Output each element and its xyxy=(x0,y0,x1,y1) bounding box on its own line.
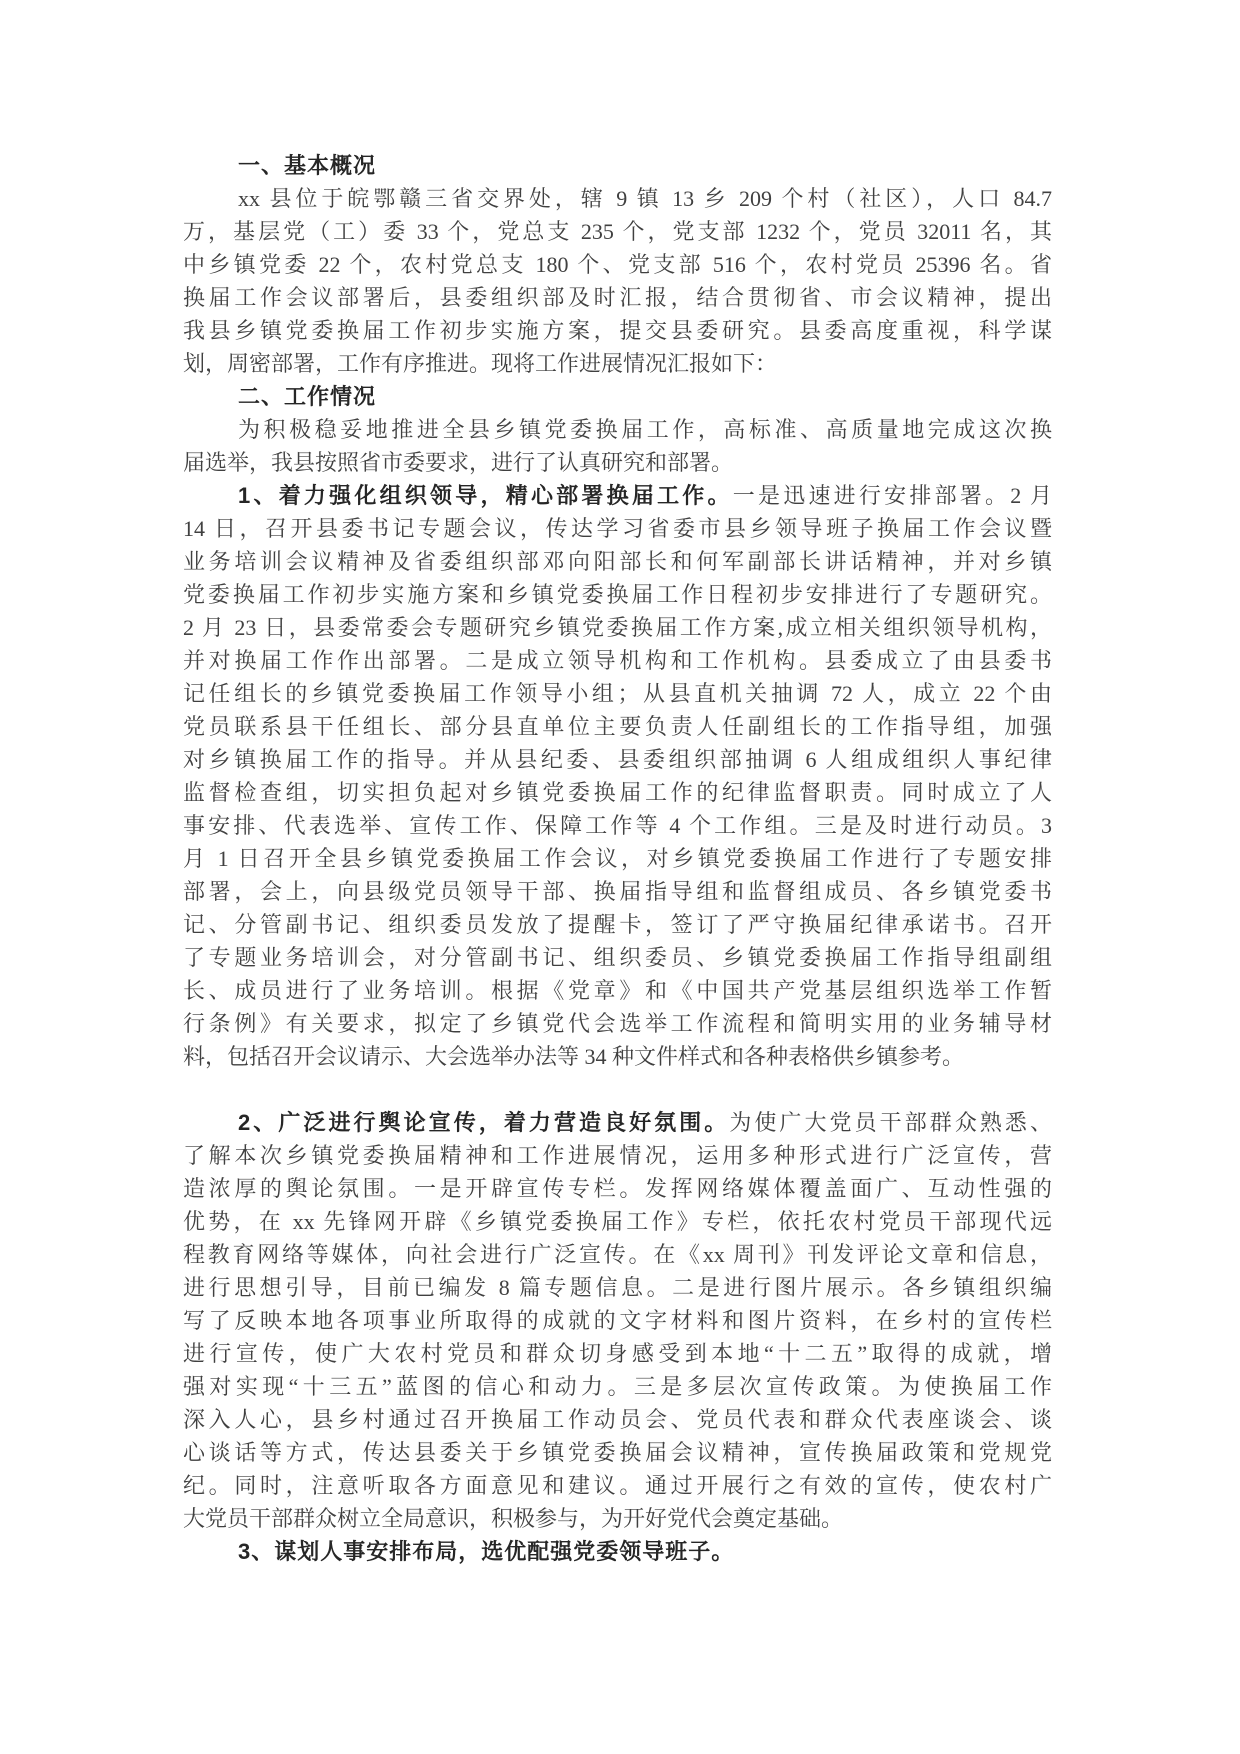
text-run: 长、成员进行了业务培训。根据《党章》和《中国共产党基层组织选举工作暂 xyxy=(183,978,1052,1003)
document-line: 强对实现“十三五”蓝图的信心和动力。三是多层次宣传政策。为使换届工作 xyxy=(183,1370,1052,1403)
document-line: 料，包括召开会议请示、大会选举办法等 34 种文件样式和各种表格供乡镇参考。 xyxy=(183,1040,1052,1073)
document-line: 心谈话等方式，传达县委关于乡镇党委换届会议精神，宣传换届政策和党规党 xyxy=(183,1436,1052,1469)
document-line: 大党员干部群众树立全局意识，积极参与，为开好党代会奠定基础。 xyxy=(183,1502,1052,1535)
document-line: 部署，会上，向县级党员领导干部、换届指导组和监督组成员、各乡镇党委书 xyxy=(183,875,1052,908)
text-run: 记、分管副书记、组织委员发放了提醒卡，签订了严守换届纪律承诺书。召开 xyxy=(183,912,1052,937)
document-line: xx 县位于皖鄂赣三省交界处，辖 9 镇 13 乡 209 个村（社区），人口 … xyxy=(183,182,1052,215)
section-heading: 一、基本概况 xyxy=(183,149,1052,182)
text-run: 中乡镇党委 22 个，农村党总支 180 个、党支部 516 个，农村党员 25… xyxy=(183,252,1052,277)
document-line: 我县乡镇党委换届工作初步实施方案，提交县委研究。县委高度重视，科学谋 xyxy=(183,314,1052,347)
document-line: 万，基层党（工）委 33 个，党总支 235 个，党支部 1232 个，党员 3… xyxy=(183,215,1052,248)
text-run: 料，包括召开会议请示、大会选举办法等 34 种文件样式和各种表格供乡镇参考。 xyxy=(183,1044,964,1069)
text-run: 万，基层党（工）委 33 个，党总支 235 个，党支部 1232 个，党员 3… xyxy=(183,219,1052,244)
document-line: 对乡镇换届工作的指导。并从县纪委、县委组织部抽调 6 人组成组织人事纪律 xyxy=(183,743,1052,776)
document-line: 优势，在 xx 先锋网开辟《乡镇党委换届工作》专栏，依托农村党员干部现代远 xyxy=(183,1205,1052,1238)
text-run: 程教育网络等媒体，向社会进行广泛宣传。在《xx 周刊》刊发评论文章和信息， xyxy=(183,1242,1052,1267)
text-run: 深入人心，县乡村通过召开换届工作动员会、党员代表和群众代表座谈会、谈 xyxy=(183,1407,1052,1432)
text-run: 心谈话等方式，传达县委关于乡镇党委换届会议精神，宣传换届政策和党规党 xyxy=(183,1440,1052,1465)
blank-line xyxy=(183,1073,1052,1106)
document-line: 并对换届工作作出部署。二是成立领导机构和工作机构。县委成立了由县委书 xyxy=(183,644,1052,677)
text-run: 进行思想引导，目前已编发 8 篇专题信息。二是进行图片展示。各乡镇组织编 xyxy=(183,1275,1052,1300)
document-line: 记任组长的乡镇党委换届工作领导小组；从县直机关抽调 72 人，成立 22 个由 xyxy=(183,677,1052,710)
document-line: 换届工作会议部署后，县委组织部及时汇报，结合贯彻省、市会议精神，提出 xyxy=(183,281,1052,314)
document-line: 业务培训会议精神及省委组织部邓向阳部长和何军副部长讲话精神，并对乡镇 xyxy=(183,545,1052,578)
document-line: 纪。同时，注意听取各方面意见和建议。通过开展行之有效的宣传，使农村广 xyxy=(183,1469,1052,1502)
document-line: 1、着力强化组织领导，精心部署换届工作。一是迅速进行安排部署。2 月 xyxy=(183,479,1052,512)
bold-run: 一、基本概况 xyxy=(238,153,376,178)
document-line: 记、分管副书记、组织委员发放了提醒卡，签订了严守换届纪律承诺书。召开 xyxy=(183,908,1052,941)
text-run: 划，周密部署，工作有序推进。现将工作进展情况汇报如下： xyxy=(183,351,777,376)
document-line: 进行思想引导，目前已编发 8 篇专题信息。二是进行图片展示。各乡镇组织编 xyxy=(183,1271,1052,1304)
text-run: 了解本次乡镇党委换届精神和工作进展情况，运用多种形式进行广泛宣传，营 xyxy=(183,1143,1052,1168)
document-line: 了解本次乡镇党委换届精神和工作进展情况，运用多种形式进行广泛宣传，营 xyxy=(183,1139,1052,1172)
text-run: 强对实现“十三五”蓝图的信心和动力。三是多层次宣传政策。为使换届工作 xyxy=(183,1374,1052,1399)
document-page: 一、基本概况xx 县位于皖鄂赣三省交界处，辖 9 镇 13 乡 209 个村（社… xyxy=(0,0,1240,1754)
document-body: 一、基本概况xx 县位于皖鄂赣三省交界处，辖 9 镇 13 乡 209 个村（社… xyxy=(183,149,1052,1568)
text-run: 大党员干部群众树立全局意识，积极参与，为开好党代会奠定基础。 xyxy=(183,1506,843,1531)
document-line: 长、成员进行了业务培训。根据《党章》和《中国共产党基层组织选举工作暂 xyxy=(183,974,1052,1007)
text-run: 2 月 23 日，县委常委会专题研究乡镇党委换届工作方案,成立相关组织领导机构， xyxy=(183,615,1052,640)
document-line: 14 日，召开县委书记专题会议，传达学习省委市县乡领导班子换届工作会议暨 xyxy=(183,512,1052,545)
text-run: 业务培训会议精神及省委组织部邓向阳部长和何军副部长讲话精神，并对乡镇 xyxy=(183,549,1052,574)
text-run: 记任组长的乡镇党委换届工作领导小组；从县直机关抽调 72 人，成立 22 个由 xyxy=(183,681,1052,706)
bold-run: 2、广泛进行舆论宣传，着力营造良好氛围。 xyxy=(238,1110,729,1135)
bold-run: 二、工作情况 xyxy=(238,384,376,409)
document-line: 2 月 23 日，县委常委会专题研究乡镇党委换届工作方案,成立相关组织领导机构， xyxy=(183,611,1052,644)
document-line: 行条例》有关要求，拟定了乡镇党代会选举工作流程和简明实用的业务辅导材 xyxy=(183,1007,1052,1040)
document-line: 党员联系县干任组长、部分县直单位主要负责人任副组长的工作指导组，加强 xyxy=(183,710,1052,743)
section-heading: 二、工作情况 xyxy=(183,380,1052,413)
bold-run: 1、着力强化组织领导，精心部署换届工作。 xyxy=(238,483,733,508)
text-run: 纪。同时，注意听取各方面意见和建议。通过开展行之有效的宣传，使农村广 xyxy=(183,1473,1052,1498)
text-run: 监督检查组，切实担负起对乡镇党委换届工作的纪律监督职责。同时成立了人 xyxy=(183,780,1052,805)
text-run: 我县乡镇党委换届工作初步实施方案，提交县委研究。县委高度重视，科学谋 xyxy=(183,318,1052,343)
text-run: 党委换届工作初步实施方案和乡镇党委换届工作日程初步安排进行了专题研究。 xyxy=(183,582,1052,607)
document-line: 届选举，我县按照省市委要求，进行了认真研究和部署。 xyxy=(183,446,1052,479)
text-run: 造浓厚的舆论氛围。一是开辟宣传专栏。发挥网络媒体覆盖面广、互动性强的 xyxy=(183,1176,1052,1201)
text-run: 行条例》有关要求，拟定了乡镇党代会选举工作流程和简明实用的业务辅导材 xyxy=(183,1011,1052,1036)
document-line: 为积极稳妥地推进全县乡镇党委换届工作，高标准、高质量地完成这次换 xyxy=(183,413,1052,446)
document-line: 深入人心，县乡村通过召开换届工作动员会、党员代表和群众代表座谈会、谈 xyxy=(183,1403,1052,1436)
text-run: 进行宣传，使广大农村党员和群众切身感受到本地“十二五”取得的成就，增 xyxy=(183,1341,1052,1366)
document-line: 造浓厚的舆论氛围。一是开辟宣传专栏。发挥网络媒体覆盖面广、互动性强的 xyxy=(183,1172,1052,1205)
document-line: 2、广泛进行舆论宣传，着力营造良好氛围。为使广大党员干部群众熟悉、 xyxy=(183,1106,1052,1139)
document-line: 事安排、代表选举、宣传工作、保障工作等 4 个工作组。三是及时进行动员。3 xyxy=(183,809,1052,842)
text-run: 并对换届工作作出部署。二是成立领导机构和工作机构。县委成立了由县委书 xyxy=(183,648,1052,673)
text-run: 部署，会上，向县级党员领导干部、换届指导组和监督组成员、各乡镇党委书 xyxy=(183,879,1052,904)
document-line: 中乡镇党委 22 个，农村党总支 180 个、党支部 516 个，农村党员 25… xyxy=(183,248,1052,281)
document-line: 程教育网络等媒体，向社会进行广泛宣传。在《xx 周刊》刊发评论文章和信息， xyxy=(183,1238,1052,1271)
document-line: 月 1 日召开全县乡镇党委换届工作会议，对乡镇党委换届工作进行了专题安排 xyxy=(183,842,1052,875)
text-run: xx 县位于皖鄂赣三省交界处，辖 9 镇 13 乡 209 个村（社区），人口 … xyxy=(238,186,1052,211)
document-line: 写了反映本地各项事业所取得的成就的文字材料和图片资料，在乡村的宣传栏 xyxy=(183,1304,1052,1337)
text-run: 写了反映本地各项事业所取得的成就的文字材料和图片资料，在乡村的宣传栏 xyxy=(183,1308,1052,1333)
document-line: 划，周密部署，工作有序推进。现将工作进展情况汇报如下： xyxy=(183,347,1052,380)
text-run: 事安排、代表选举、宣传工作、保障工作等 4 个工作组。三是及时进行动员。3 xyxy=(183,813,1052,838)
text-run: 14 日，召开县委书记专题会议，传达学习省委市县乡领导班子换届工作会议暨 xyxy=(183,516,1052,541)
text-run: 一是迅速进行安排部署。2 月 xyxy=(733,483,1052,508)
text-run: 对乡镇换届工作的指导。并从县纪委、县委组织部抽调 6 人组成组织人事纪律 xyxy=(183,747,1052,772)
document-line: 了专题业务培训会，对分管副书记、组织委员、乡镇党委换届工作指导组副组 xyxy=(183,941,1052,974)
section-heading: 3、谋划人事安排布局，选优配强党委领导班子。 xyxy=(183,1535,1052,1568)
text-run: 换届工作会议部署后，县委组织部及时汇报，结合贯彻省、市会议精神，提出 xyxy=(183,285,1052,310)
text-run: 党员联系县干任组长、部分县直单位主要负责人任副组长的工作指导组，加强 xyxy=(183,714,1052,739)
text-run: 为使广大党员干部群众熟悉、 xyxy=(729,1110,1052,1135)
document-line: 监督检查组，切实担负起对乡镇党委换届工作的纪律监督职责。同时成立了人 xyxy=(183,776,1052,809)
text-run: 优势，在 xx 先锋网开辟《乡镇党委换届工作》专栏，依托农村党员干部现代远 xyxy=(183,1209,1052,1234)
document-line: 进行宣传，使广大农村党员和群众切身感受到本地“十二五”取得的成就，增 xyxy=(183,1337,1052,1370)
text-run: 月 1 日召开全县乡镇党委换届工作会议，对乡镇党委换届工作进行了专题安排 xyxy=(183,846,1052,871)
text-run: 了专题业务培训会，对分管副书记、组织委员、乡镇党委换届工作指导组副组 xyxy=(183,945,1052,970)
text-run: 为积极稳妥地推进全县乡镇党委换届工作，高标准、高质量地完成这次换 xyxy=(238,417,1052,442)
text-run: 届选举，我县按照省市委要求，进行了认真研究和部署。 xyxy=(183,450,733,475)
document-line: 党委换届工作初步实施方案和乡镇党委换届工作日程初步安排进行了专题研究。 xyxy=(183,578,1052,611)
bold-run: 3、谋划人事安排布局，选优配强党委领导班子。 xyxy=(238,1539,734,1564)
